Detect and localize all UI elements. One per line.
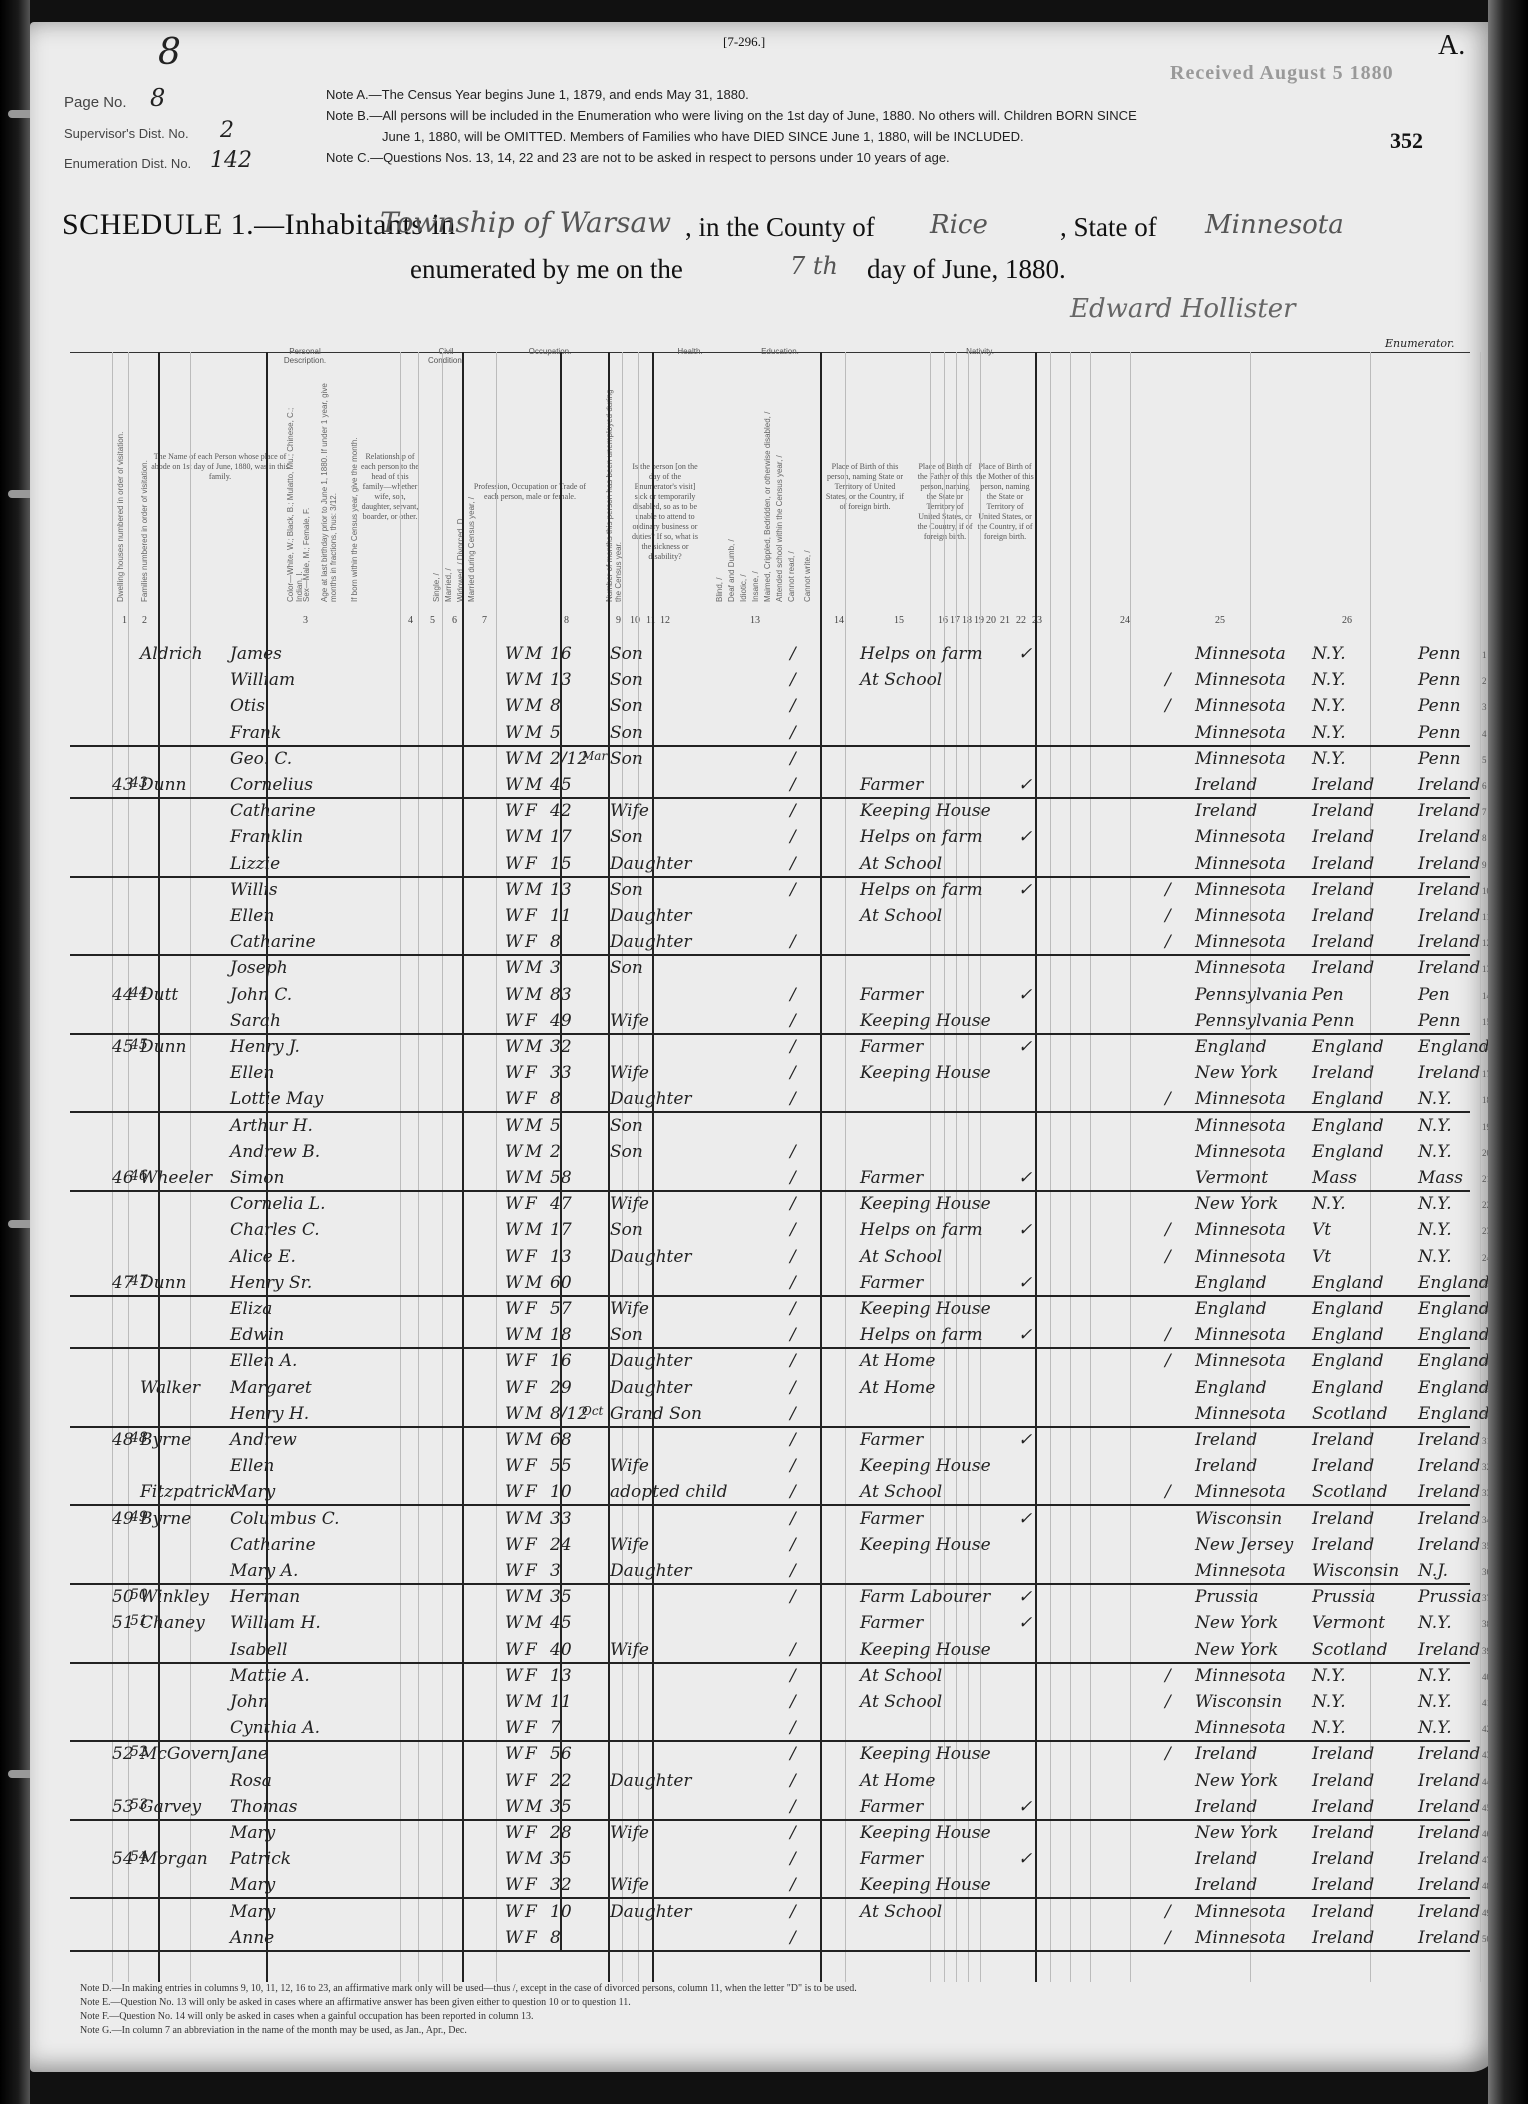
father-birthplace: Ireland	[1312, 1509, 1374, 1529]
unemployed-mark: ✓	[1018, 1849, 1032, 1869]
given-name: Patrick	[230, 1849, 291, 1869]
school-mark: /	[1165, 1247, 1171, 1267]
age: 24	[550, 1535, 572, 1555]
header-father-birthplace: Place of Birth of the Father of this per…	[915, 462, 975, 542]
occupation: Farmer	[860, 775, 923, 795]
school-mark: /	[1165, 1482, 1171, 1502]
occupation: At School	[860, 1247, 942, 1267]
group-education: Education.	[750, 347, 810, 356]
mother-birthplace: Ireland	[1418, 1928, 1480, 1948]
father-birthplace: N.Y.	[1312, 644, 1346, 664]
occupation: Keeping House	[860, 1823, 991, 1843]
father-birthplace: England	[1312, 1037, 1384, 1057]
enumerator-label: Enumerator.	[1385, 337, 1455, 350]
line-number: 8	[1482, 833, 1487, 843]
surname: Chaney	[140, 1613, 240, 1633]
birthplace: Ireland	[1195, 775, 1257, 795]
birthplace: Minnesota	[1195, 1404, 1286, 1424]
father-birthplace: N.Y.	[1312, 1666, 1346, 1686]
father-birthplace: N.Y.	[1312, 1692, 1346, 1712]
relationship: Son	[610, 1142, 643, 1162]
birthplace: Ireland	[1195, 1849, 1257, 1869]
sex: M	[525, 1116, 542, 1136]
surname: Fitzpatrick	[140, 1482, 240, 1502]
occupation: Helps on farm	[860, 1325, 983, 1345]
sex: M	[525, 1404, 542, 1424]
birthplace: England	[1195, 1299, 1267, 1319]
birth-month: Mar	[582, 749, 607, 763]
header-cannot-read: Cannot read, /	[787, 542, 796, 602]
age: 60	[550, 1273, 572, 1293]
unemployed-mark: ✓	[1018, 1037, 1032, 1057]
age: 35	[550, 1587, 572, 1607]
birthplace: Minnesota	[1195, 932, 1286, 952]
occupation: Helps on farm	[860, 644, 983, 664]
color: W	[505, 1744, 522, 1764]
civil-condition: /	[790, 1771, 796, 1791]
occupation: At Home	[860, 1351, 935, 1371]
color: W	[505, 1613, 522, 1633]
birthplace: Minnesota	[1195, 1325, 1286, 1345]
mother-birthplace: Ireland	[1418, 801, 1480, 821]
age: 33	[550, 1509, 572, 1529]
color: W	[505, 1849, 522, 1869]
school-mark: /	[1165, 906, 1171, 926]
mother-birthplace: England	[1418, 1273, 1490, 1293]
color: W	[505, 670, 522, 690]
sex: M	[525, 1613, 542, 1633]
header-dwelling: Dwelling houses numbered in order of vis…	[116, 402, 125, 602]
mother-birthplace: Ireland	[1418, 1640, 1480, 1660]
civil-condition: /	[790, 1168, 796, 1188]
sex: M	[525, 1509, 542, 1529]
civil-condition: /	[790, 1902, 796, 1922]
age: 10	[550, 1902, 572, 1922]
color: W	[505, 1718, 522, 1738]
relationship: Daughter	[610, 932, 692, 952]
birthplace: Wisconsin	[1195, 1692, 1282, 1712]
birthplace: New Jersey	[1195, 1535, 1293, 1555]
age: 7	[550, 1718, 561, 1738]
county-value: Rice	[930, 210, 988, 240]
father-birthplace: England	[1312, 1325, 1384, 1345]
civil-condition: /	[790, 1011, 796, 1031]
age: 8	[550, 932, 561, 952]
line-number: 5	[1482, 755, 1487, 765]
enumeration-label: Enumeration Dist. No.	[64, 156, 191, 171]
father-birthplace: Ireland	[1312, 1875, 1374, 1895]
surname: McGovern	[140, 1744, 240, 1764]
sex: F	[525, 1535, 537, 1555]
header-cannot-write: Cannot write, /	[803, 542, 812, 602]
birthplace: Minnesota	[1195, 1247, 1286, 1267]
mother-birthplace: Ireland	[1418, 1535, 1480, 1555]
father-birthplace: Scotland	[1312, 1404, 1388, 1424]
civil-condition: /	[790, 1509, 796, 1529]
civil-condition: /	[790, 1849, 796, 1869]
color: W	[505, 1037, 522, 1057]
surname: Garvey	[140, 1797, 240, 1817]
civil-condition: /	[790, 1194, 796, 1214]
given-name: Mary	[230, 1823, 275, 1843]
age: 17	[550, 827, 572, 847]
color: W	[505, 1194, 522, 1214]
relationship: Wife	[610, 1535, 649, 1555]
civil-condition: /	[790, 1587, 796, 1607]
father-birthplace: Ireland	[1312, 958, 1374, 978]
header-birthplace: Place of Birth of this person, naming St…	[825, 462, 905, 512]
age: 11	[550, 906, 572, 926]
birthplace: Minnesota	[1195, 1561, 1286, 1581]
color: W	[505, 1089, 522, 1109]
mother-birthplace: Ireland	[1418, 1482, 1480, 1502]
father-birthplace: England	[1312, 1299, 1384, 1319]
mother-birthplace: N.J.	[1418, 1561, 1448, 1581]
occupation: Keeping House	[860, 1063, 991, 1083]
sex: M	[525, 1273, 542, 1293]
relationship: Grand Son	[610, 1404, 702, 1424]
occupation: Helps on farm	[860, 827, 983, 847]
sex: F	[525, 801, 537, 821]
civil-condition: /	[790, 854, 796, 874]
unemployed-mark: ✓	[1018, 644, 1032, 664]
school-mark: /	[1165, 696, 1171, 716]
civil-condition: /	[790, 749, 796, 769]
color: W	[505, 644, 522, 664]
relationship: Son	[610, 723, 643, 743]
surname: Aldrich	[140, 644, 240, 664]
birthplace: Minnesota	[1195, 670, 1286, 690]
father-birthplace: N.Y.	[1312, 1194, 1346, 1214]
mother-birthplace: N.Y.	[1418, 1194, 1452, 1214]
color: W	[505, 985, 522, 1005]
sex: M	[525, 1797, 542, 1817]
given-name: Henry J.	[230, 1037, 300, 1057]
mother-birthplace: N.Y.	[1418, 1220, 1452, 1240]
given-name: Mary	[230, 1902, 275, 1922]
relationship: Wife	[610, 1194, 649, 1214]
note-d: Note D.—In making entries in columns 9, …	[80, 1982, 1480, 1996]
supervisor-label: Supervisor's Dist. No.	[64, 126, 189, 141]
mother-birthplace: N.Y.	[1418, 1718, 1452, 1738]
occupation: Keeping House	[860, 1744, 991, 1764]
birthplace: Ireland	[1195, 1797, 1257, 1817]
civil-condition: /	[790, 1692, 796, 1712]
relationship: Son	[610, 1116, 643, 1136]
civil-condition: /	[790, 775, 796, 795]
birth-month: Oct	[582, 1404, 603, 1418]
given-name: Charles C.	[230, 1220, 320, 1240]
civil-condition: /	[790, 1928, 796, 1948]
civil-condition: /	[790, 827, 796, 847]
color: W	[505, 1666, 522, 1686]
birthplace: Ireland	[1195, 801, 1257, 821]
header-relationship: Relationship of each person to the head …	[360, 452, 420, 522]
unemployed-mark: ✓	[1018, 1430, 1032, 1450]
color: W	[505, 1116, 522, 1136]
mother-birthplace: England	[1418, 1037, 1490, 1057]
header-sex: Sex—Male, M.; Female, F.	[302, 422, 311, 602]
color: W	[505, 1404, 522, 1424]
mother-birthplace: Ireland	[1418, 932, 1480, 952]
birthplace: Minnesota	[1195, 958, 1286, 978]
occupation: At Home	[860, 1378, 935, 1398]
township-value: Township of Warsaw	[380, 206, 671, 239]
relationship: Son	[610, 827, 643, 847]
color: W	[505, 1247, 522, 1267]
given-name: Anne	[230, 1928, 274, 1948]
birthplace: Minnesota	[1195, 1902, 1286, 1922]
sex: M	[525, 1849, 542, 1869]
sex: F	[525, 1351, 537, 1371]
color: W	[505, 827, 522, 847]
birthplace: Minnesota	[1195, 1666, 1286, 1686]
header-blind: Blind, /	[715, 562, 724, 602]
unemployed-mark: ✓	[1018, 880, 1032, 900]
mother-birthplace: Penn	[1418, 749, 1461, 769]
color: W	[505, 1823, 522, 1843]
color: W	[505, 1535, 522, 1555]
occupation: Farmer	[860, 1509, 923, 1529]
age: 35	[550, 1797, 572, 1817]
father-birthplace: N.Y.	[1312, 749, 1346, 769]
civil-condition: /	[790, 985, 796, 1005]
age: 16	[550, 1351, 572, 1371]
mother-birthplace: Ireland	[1418, 1797, 1480, 1817]
occupation: At School	[860, 906, 942, 926]
color: W	[505, 749, 522, 769]
age: 17	[550, 1220, 572, 1240]
birthplace: New York	[1195, 1823, 1278, 1843]
birthplace: Minnesota	[1195, 696, 1286, 716]
father-birthplace: Prussia	[1312, 1587, 1376, 1607]
color: W	[505, 1351, 522, 1371]
color: W	[505, 906, 522, 926]
sex: M	[525, 880, 542, 900]
occupation: At School	[860, 670, 942, 690]
color: W	[505, 1220, 522, 1240]
state-value: Minnesota	[1205, 210, 1344, 240]
relationship: Wife	[610, 1299, 649, 1319]
birthplace: Minnesota	[1195, 1089, 1286, 1109]
note-f: Note F.—Question No. 14 will only be ask…	[80, 2010, 1480, 2024]
given-name: Willis	[230, 880, 278, 900]
civil-condition: /	[790, 1273, 796, 1293]
occupation: Keeping House	[860, 1456, 991, 1476]
mother-birthplace: England	[1418, 1404, 1490, 1424]
occupation: Farmer	[860, 985, 923, 1005]
mother-birthplace: Ireland	[1418, 1456, 1480, 1476]
relationship: Daughter	[610, 1771, 692, 1791]
civil-condition: /	[790, 1744, 796, 1764]
father-birthplace: N.Y.	[1312, 696, 1346, 716]
given-name: Arthur H.	[230, 1116, 313, 1136]
mother-birthplace: Penn	[1418, 1011, 1461, 1031]
birthplace: Minnesota	[1195, 1116, 1286, 1136]
age: 2	[550, 1142, 561, 1162]
father-birthplace: Ireland	[1312, 775, 1374, 795]
given-name: Mary	[230, 1875, 275, 1895]
father-birthplace: England	[1312, 1378, 1384, 1398]
occupation: Farmer	[860, 1613, 923, 1633]
table-row: AnneWF8//MinnesotaIrelandIreland50	[0, 1924, 1470, 1957]
color: W	[505, 1325, 522, 1345]
color: W	[505, 1456, 522, 1476]
age: 32	[550, 1875, 572, 1895]
mother-birthplace: Ireland	[1418, 880, 1480, 900]
mother-birthplace: Ireland	[1418, 1771, 1480, 1791]
header-occupation: Profession, Occupation or Trade of each …	[470, 482, 590, 502]
mother-birthplace: England	[1418, 1351, 1490, 1371]
occupation: At Home	[860, 1771, 935, 1791]
line-number: 6	[1482, 781, 1487, 791]
relationship: Daughter	[610, 1351, 692, 1371]
mother-birthplace: Penn	[1418, 696, 1461, 716]
mother-birthplace: Ireland	[1418, 906, 1480, 926]
unemployed-mark: ✓	[1018, 1325, 1032, 1345]
color: W	[505, 775, 522, 795]
given-name: Lizzie	[230, 854, 280, 874]
given-name: Frank	[230, 723, 281, 743]
header-family: Families numbered in order of visitation…	[140, 442, 149, 602]
school-mark: /	[1165, 1744, 1171, 1764]
age: 5	[550, 723, 561, 743]
color: W	[505, 1063, 522, 1083]
mother-birthplace: Ireland	[1418, 1744, 1480, 1764]
relationship: Daughter	[610, 1089, 692, 1109]
surname: Byrne	[140, 1509, 240, 1529]
occupation: Keeping House	[860, 1194, 991, 1214]
given-name: Joseph	[230, 958, 288, 978]
note-c: Note C.—Questions Nos. 13, 14, 22 and 23…	[326, 147, 1376, 168]
color: W	[505, 1509, 522, 1529]
occupation: Farmer	[860, 1430, 923, 1450]
given-name: John	[230, 1692, 269, 1712]
unemployed-mark: ✓	[1018, 1797, 1032, 1817]
age: 49	[550, 1011, 572, 1031]
given-name: Jane	[230, 1744, 268, 1764]
color: W	[505, 1875, 522, 1895]
relationship: Wife	[610, 1875, 649, 1895]
father-birthplace: Vermont	[1312, 1613, 1385, 1633]
note-e: Note E.—Question No. 13 will only be ask…	[80, 1996, 1480, 2010]
civil-condition: /	[790, 932, 796, 952]
mother-birthplace: N.Y.	[1418, 1142, 1452, 1162]
given-name: Margaret	[230, 1378, 312, 1398]
given-name: Henry Sr.	[230, 1273, 312, 1293]
birthplace: Minnesota	[1195, 1220, 1286, 1240]
birthplace: Minnesota	[1195, 644, 1286, 664]
mother-birthplace: England	[1418, 1299, 1490, 1319]
father-birthplace: Ireland	[1312, 827, 1374, 847]
header-idiotic: Idiotic, /	[739, 562, 748, 602]
father-birthplace: Wisconsin	[1312, 1561, 1399, 1581]
group-health: Health.	[630, 347, 750, 356]
color: W	[505, 1587, 522, 1607]
school-mark: /	[1165, 880, 1171, 900]
line-number: 4	[1482, 729, 1487, 739]
color: W	[505, 854, 522, 874]
civil-condition: /	[790, 1482, 796, 1502]
group-occupation: Occupation.	[470, 347, 630, 356]
relationship: Son	[610, 670, 643, 690]
surname: Winkley	[140, 1587, 240, 1607]
sex: M	[525, 670, 542, 690]
civil-condition: /	[790, 1875, 796, 1895]
color: W	[505, 1692, 522, 1712]
occupation: At School	[860, 1666, 942, 1686]
line-number: 7	[1482, 807, 1487, 817]
civil-condition: /	[790, 644, 796, 664]
color: W	[505, 1142, 522, 1162]
father-birthplace: Mass	[1312, 1168, 1357, 1188]
header-mother-birthplace: Place of Birth of the Mother of this per…	[975, 462, 1035, 542]
father-birthplace: N.Y.	[1312, 723, 1346, 743]
binding-right-edge	[1488, 0, 1528, 2104]
birthplace: New York	[1195, 1640, 1278, 1660]
header-insane: Insane, /	[751, 562, 760, 602]
father-birthplace: Ireland	[1312, 1430, 1374, 1450]
given-name: Mattie A.	[230, 1666, 310, 1686]
school-mark: /	[1165, 1220, 1171, 1240]
stamped-number: 352	[1390, 128, 1423, 154]
birthplace: England	[1195, 1378, 1267, 1398]
given-name: Alice E.	[230, 1247, 296, 1267]
birthplace: Minnesota	[1195, 906, 1286, 926]
relationship: Daughter	[610, 906, 692, 926]
given-name: Cornelia L.	[230, 1194, 325, 1214]
footnotes: Note D.—In making entries in columns 9, …	[80, 1982, 1480, 2038]
birthplace: Minnesota	[1195, 749, 1286, 769]
surname: Dunn	[140, 775, 240, 795]
birthplace: Vermont	[1195, 1168, 1268, 1188]
given-name: Mary A.	[230, 1561, 298, 1581]
age: 13	[550, 880, 572, 900]
color: W	[505, 1482, 522, 1502]
sex: F	[525, 1011, 537, 1031]
age: 3	[550, 958, 561, 978]
father-birthplace: Ireland	[1312, 880, 1374, 900]
header-age: Age at last birthday prior to June 1, 18…	[320, 382, 338, 602]
mother-birthplace: Mass	[1418, 1168, 1463, 1188]
given-name: William	[230, 670, 295, 690]
relationship: Daughter	[610, 1561, 692, 1581]
mother-birthplace: Ireland	[1418, 854, 1480, 874]
mother-birthplace: Ireland	[1418, 827, 1480, 847]
age: 10	[550, 1482, 572, 1502]
occupation: At School	[860, 1902, 942, 1922]
given-name: Ellen A.	[230, 1351, 297, 1371]
enumerator-signature: Edward Hollister	[1070, 294, 1296, 324]
given-name: Andrew	[230, 1430, 297, 1450]
given-name: Mary	[230, 1482, 275, 1502]
occupation: Keeping House	[860, 801, 991, 821]
mother-birthplace: Ireland	[1418, 1849, 1480, 1869]
mother-birthplace: Ireland	[1418, 1430, 1480, 1450]
color: W	[505, 1640, 522, 1660]
color: W	[505, 1797, 522, 1817]
occupation: Farmer	[860, 1168, 923, 1188]
unemployed-mark: ✓	[1018, 1587, 1032, 1607]
birthplace: England	[1195, 1273, 1267, 1293]
relationship: Son	[610, 749, 643, 769]
civil-condition: /	[790, 1797, 796, 1817]
given-name: Franklin	[230, 827, 303, 847]
father-birthplace: Scotland	[1312, 1482, 1388, 1502]
age: 11	[550, 1692, 572, 1712]
civil-condition: /	[790, 1823, 796, 1843]
school-mark: /	[1165, 1692, 1171, 1712]
